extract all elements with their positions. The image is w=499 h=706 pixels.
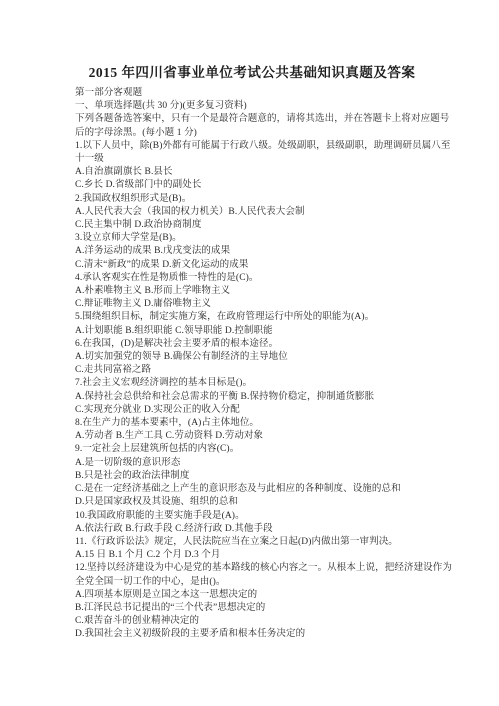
question-line: 12.坚持以经济建设为中心是党的基本路线的核心内容之一。从根本上说，把经济建设作… — [75, 562, 441, 575]
question-line: A.15 日 B.1 个月 C.2 个月 D.3 个月 — [75, 549, 441, 562]
question-line: 6.在我国，(D)是解决社会主要矛盾的根本途径。 — [75, 338, 441, 351]
question-line: A.四项基本原则是立国之本这一思想决定的 — [75, 589, 441, 602]
question-line: A.自治旗副旗长 B.县长 — [75, 166, 441, 179]
question-line: 9.一定社会上层建筑所包括的内容(C)。 — [75, 443, 441, 456]
question-line: 10.我国政府职能的主要实施手段是(A)。 — [75, 510, 441, 523]
part-heading: 第一部分客观题 — [75, 87, 441, 100]
question-line: C.民主集中制 D.政治协商制度 — [75, 219, 441, 232]
question-line: 全党全国一切工作的中心，是由()。 — [75, 576, 441, 589]
question-line: A.朴素唯物主义 B.形而上学唯物主义 — [75, 285, 441, 298]
question-line: A.人民代表大会（我国的权力机关）B.人民代表大会制 — [75, 206, 441, 219]
question-line: B.江泽民总书记提出的“三个代表”思想决定的 — [75, 602, 441, 615]
document-page: 2015 年四川省事业单位考试公共基础知识真题及答案 第一部分客观题 一、单项选… — [0, 0, 499, 706]
question-line: C.清末“新政”的成果 D.新文化运动的成果 — [75, 259, 441, 272]
question-line: C.艰苦奋斗的创业精神决定的 — [75, 615, 441, 628]
page-title: 2015 年四川省事业单位考试公共基础知识真题及答案 — [63, 64, 441, 81]
question-line: A.依法行政 B.行政手段 C.经济行政 D.其他手段 — [75, 523, 441, 536]
instruction-line: 下列各题备选答案中，只有一个是最符合题意的，请将其选出，并在答题卡上将对应题号 — [75, 113, 441, 126]
question-line: A.保持社会总供给和社会总需求的平衡 B.保持物价稳定，抑制通货膨胀 — [75, 391, 441, 404]
question-line: 7.社会主义宏观经济调控的基本目标是()。 — [75, 377, 441, 390]
question-line: 3.设立京师大学堂是(B)。 — [75, 232, 441, 245]
question-line: C.是在一定经济基础之上产生的意识形态及与此相应的各种制度、设施的总和 — [75, 483, 441, 496]
question-line: C.走共同富裕之路 — [75, 364, 441, 377]
question-lines: 1.以下人员中，除(B)外都有可能属于行政八级。处级副职，县级副职，助理调研员属… — [75, 140, 441, 642]
question-line: 11.《行政诉讼法》规定，人民法院应当在立案之日起(D)内做出第一审判决。 — [75, 536, 441, 549]
question-line: A.洋务运动的成果 B.戊戌变法的成果 — [75, 245, 441, 258]
question-line: A.劳动者 B.生产工具 C.劳动资料 D.劳动对象 — [75, 430, 441, 443]
question-line: 1.以下人员中，除(B)外都有可能属于行政八级。处级副职，县级副职，助理调研员属… — [75, 140, 441, 153]
question-line: C.辩证唯物主义 D.庸俗唯物主义 — [75, 298, 441, 311]
instruction-line: 后的字母涂黑。(每小题 1 分) — [75, 127, 441, 140]
question-line: B.只是社会的政治法律制度 — [75, 470, 441, 483]
question-line: D.只是国家政权及其设施、组织的总和 — [75, 496, 441, 509]
question-line: A.是一切阶级的意识形态 — [75, 457, 441, 470]
question-line: C.实现充分就业 D.实现公正的收入分配 — [75, 404, 441, 417]
question-line: 十一级 — [75, 153, 441, 166]
question-line: C.乡长 D.省级部门中的副处长 — [75, 179, 441, 192]
question-line: D.我国社会主义初级阶段的主要矛盾和根本任务决定的 — [75, 628, 441, 641]
question-line: 5.围绕组织目标，制定实施方案，在政府管理运行中所处的职能为(A)。 — [75, 311, 441, 324]
question-line: 4.承认客观实在性是物质惟一特性的是(C)。 — [75, 272, 441, 285]
question-line: 2.我国政权组织形式是(B)。 — [75, 193, 441, 206]
section-heading: 一、单项选择题(共 30 分)(更多复习资料) — [75, 100, 441, 113]
question-line: 8.在生产力的基本要素中，(A)占主体地位。 — [75, 417, 441, 430]
question-line: A.计划职能 B.组织职能 C.领导职能 D.控制职能 — [75, 325, 441, 338]
question-line: A.切实加强党的领导 B.确保公有制经济的主导地位 — [75, 351, 441, 364]
